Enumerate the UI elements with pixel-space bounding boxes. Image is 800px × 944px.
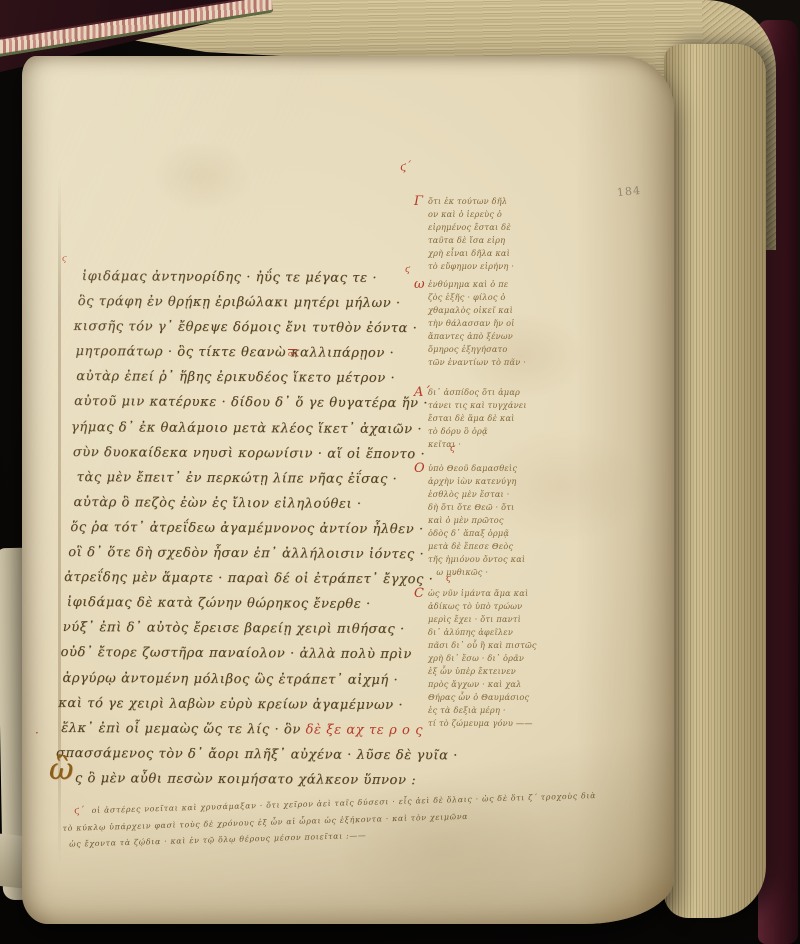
- scholia-line: δι᾽ ἀλύπης ἀφεῖλεν: [428, 626, 537, 639]
- scholia-line: τί τὸ ζώμευμα γόνυ ——: [428, 717, 537, 730]
- scholia-line: μετὰ δὲ ἔπεσε Θεὸς: [428, 540, 525, 553]
- scholia-section: Α΄δι᾽ ἀσπίδος ὅτι ἁμαρτάνει τις καὶ τυγχ…: [428, 386, 527, 451]
- text-line: ὃς τράφη ἐν θρῄκῃ ἐριβώλακι μητέρι μήλων…: [78, 289, 480, 317]
- scholia-line: ω μυθικῶς ·: [428, 566, 525, 579]
- manuscript-page: 184 ἰφιδάμας ἀντηνορίδης · ἠΰς τε μέγας …: [22, 56, 674, 924]
- rubric-siglum: ϛ΄: [446, 574, 456, 584]
- scholia-line: ὡς νῦν ἱμάντα ἅμα καὶ: [428, 587, 537, 600]
- scholia-line: κεῖται ·: [428, 438, 527, 451]
- manuscript-photo: 184 ἰφιδάμας ἀντηνορίδης · ἠΰς τε μέγας …: [0, 0, 800, 944]
- text-line: ἀτρεΐδης μὲν ἅμαρτε · παραὶ δέ οἱ ἐτράπε…: [64, 565, 466, 593]
- text-line: ἀργύρῳ ἀντομένη μόλιβος ὣς ἐτράπετ᾽ αἰχμ…: [62, 665, 464, 693]
- scholia-line: χρὴ εἶναι δῆλα καὶ: [428, 247, 514, 260]
- scholia-line: ἀδίκως τὸ ὑπὸ τρώων: [428, 600, 537, 613]
- scholia-line: ὅμηρος ἐξηγήσατο: [428, 343, 526, 356]
- scholia-line: ἀρχὴν ἰὼν κατενύγη: [428, 475, 525, 488]
- scholia-line: δι᾽ ἀσπίδος ὅτι ἁμαρ: [428, 386, 527, 399]
- scholia-initial: Ο: [414, 461, 425, 476]
- text-line: οὐδ᾽ ἔτορε ζωστῆρα παναίολον · ἀλλὰ πολὺ…: [61, 640, 463, 668]
- main-text-block: ἰφιδάμας ἀντηνορίδης · ἠΰς τε μέγας τε ·…: [71, 264, 476, 793]
- text-line: ἰφιδάμας δὲ κατὰ ζώνην θώρηκος ἔνερθε ·: [67, 590, 469, 618]
- scholia-section: Οὑπὸ Θεοῦ δαμασθεὶςἀρχὴν ἰὼν κατενύγηἐσθ…: [428, 462, 525, 579]
- text-line: μητροπάτωρ · ὃς τίκτε θεανὼ καλλιπάρῃον …: [75, 339, 477, 367]
- text-line: καὶ τό γε χειρὶ λαβὼν εὐρὺ κρείων ἀγαμέμ…: [58, 691, 460, 719]
- scholia-line: ἐσθλὸς μὲν ἔσται ·: [428, 488, 525, 501]
- scholia-line: ον καὶ ὁ ἱερεὺς ὁ: [428, 208, 514, 221]
- scholia-line: ἅπαντες ἀπὸ ξένων: [428, 330, 526, 343]
- scholia-line: δὴ ὅτι ὅτε Θεῶ · ὅτι: [428, 501, 525, 514]
- scholia-line: ὅτι ἐκ τούτων δῆλ: [428, 195, 514, 208]
- rubric-siglum: ϛ: [62, 254, 66, 263]
- bottom-scholia-block: ϛ΄οἱ ἀστέρες νοεῖται καὶ χρυσάμαξαν · ὅτ…: [60, 789, 583, 854]
- scholia-line: εἰρημένος ἔσται δὲ: [428, 221, 514, 234]
- scholia-initial: ω: [414, 277, 425, 292]
- scholia-line: τῶν ἐναντίων τὸ πᾶν ·: [428, 356, 526, 369]
- scholia-section: Γὅτι ἐκ τούτων δῆλον καὶ ὁ ἱερεὺς ὁεἰρημ…: [428, 195, 514, 273]
- nota-mark: ση: [288, 350, 297, 358]
- book-fore-edge: [664, 44, 766, 918]
- text-line: νύξ᾽ ἐπὶ δ᾽ αὐτὸς ἔρεισε βαρείῃ χειρὶ πι…: [63, 615, 465, 643]
- scholia-line: ζὸς ἑξῆς · φίλος ὁ: [428, 291, 526, 304]
- scholia-line: τὸ εὔφημον εἰρήνη ·: [428, 260, 514, 273]
- rubric-lead-siglum: ϛ΄: [74, 805, 92, 817]
- scholia-line: τὸ δόρυ ὃ ὁρᾷ: [428, 425, 527, 438]
- scholia-initial: Ϲ: [414, 586, 424, 601]
- rubric-dot: ·: [35, 726, 39, 740]
- scholia-line: πᾶσι δι᾽ οὗ ἢ καὶ πιστῶς: [428, 639, 537, 652]
- scholia-section: Ϲὡς νῦν ἱμάντα ἅμα καὶἀδίκως τὸ ὑπὸ τρώω…: [428, 587, 537, 730]
- scholia-line: χθαμαλὸς οἰκεῖ καὶ: [428, 304, 526, 317]
- text-line: αὐτὰρ ὃ πεζὸς ἐὼν ἐς ἴλιον εἰληλούθει ·: [73, 490, 475, 518]
- scholia-initial: Α΄: [414, 385, 430, 400]
- rubric-siglum-header: ϛ΄: [399, 159, 412, 173]
- scholia-line: τῆς ἡμιόνου ὄντος καὶ: [428, 553, 525, 566]
- text-line: κισσῆς τόν γ᾽ ἔθρεψε δόμοις ἔνι τυτθὸν ἐ…: [74, 314, 476, 342]
- text-line: ὣς ὃ μὲν αὖθι πεσὼν κοιμήσατο χάλκεον ὕπ…: [75, 766, 477, 794]
- scholia-line: ὑπὸ Θεοῦ δαμασθεὶς: [428, 462, 525, 475]
- scholia-line: τάνει τις καὶ τυγχάνει: [428, 399, 527, 412]
- scholia-line: πρὸς ἄγχων · καὶ χαλ: [428, 678, 537, 691]
- scholia-line: ἐς τὰ δεξιὰ μέρη ·: [428, 704, 537, 717]
- text-line: σπασσάμενος τὸν δ᾽ ἄορι πλῆξ᾽ αὐχένα · λ…: [56, 741, 458, 769]
- scholia-line: Θήρας ὧν ὁ Θαυμάσιος: [428, 691, 537, 704]
- scholia-line: ἐξ ὧν ὑπὲρ ἔκτεινεν: [428, 665, 537, 678]
- scholia-line: ἐνθύμημα καὶ ὁ πε: [428, 278, 526, 291]
- scholia-line: ταῦτα δὲ ἴσα εἰρη: [428, 234, 514, 247]
- scholia-line: ὁδὸς δ᾽ ἅπαξ ὁρμᾷ: [428, 527, 525, 540]
- folio-number: 184: [616, 184, 641, 199]
- scholia-line: χρὴ δι᾽ ἔσω · δι᾽ ὁρᾶν: [428, 652, 537, 665]
- rubric-siglum: ϛ: [405, 265, 410, 275]
- text-line: ἕλκ᾽ ἐπὶ οἷ μεμαὼς ὥς τε λίς · ὃν δὲ ξε …: [61, 716, 463, 744]
- text-line: γήμας δ᾽ ἐκ θαλάμοιο μετὰ κλέος ἵκετ᾽ ἀχ…: [71, 415, 473, 443]
- scholia-line: τὴν θάλασσαν ἥν οἱ: [428, 317, 526, 330]
- text-line: οἳ δ᾽ ὅτε δὴ σχεδὸν ἦσαν ἐπ᾽ ἀλλήλοισιν …: [68, 540, 470, 568]
- rubric-text-segment: δὲ ξε αχ τε ρ ο ς: [306, 722, 424, 738]
- text-line: ὅς ῥα τότ᾽ ἀτρεΐδεω ἀγαμέμνονος ἀντίον ἦ…: [70, 515, 472, 543]
- scholia-line: καὶ ὁ μὲν πρῶτος: [428, 514, 525, 527]
- scholia-section: ωἐνθύμημα καὶ ὁ πεζὸς ἑξῆς · φίλος ὁχθαμ…: [428, 278, 526, 369]
- scholia-initial: Γ: [414, 194, 423, 209]
- line-initial: ὣ: [49, 757, 74, 782]
- rubric-siglum: ϛ: [450, 444, 455, 454]
- scholia-line: ἔσται δὲ ἅμα δὲ καὶ: [428, 412, 527, 425]
- scholia-line: μερὶς ἔχει · ὅτι παντὶ: [428, 613, 537, 626]
